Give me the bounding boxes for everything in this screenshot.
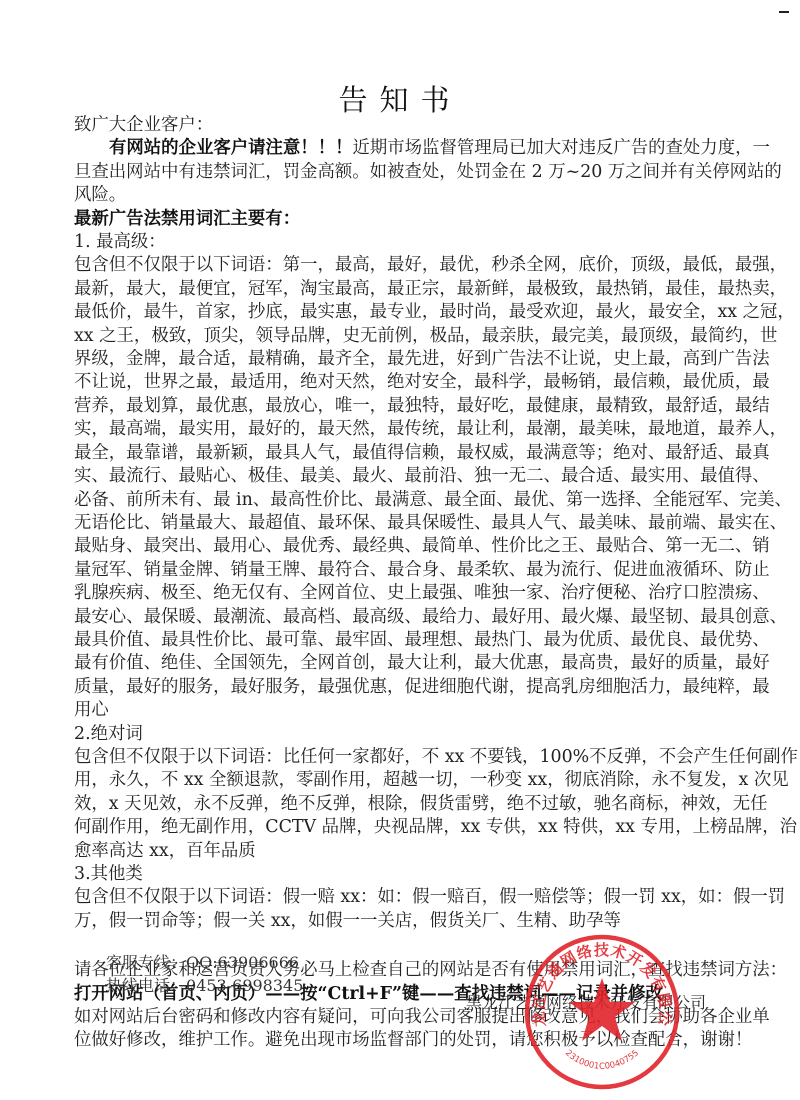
service-qq: QQ:63906666 <box>186 953 299 972</box>
service-contact: 客服专线：QQ:63906666 <box>106 951 299 974</box>
hotline-contact: 热线电话：0453-6998345 <box>106 974 303 997</box>
section-1-line: 必备、前所未有、最 in、最高性价比、最满意、最全面、最优、第一选择、全能冠军、… <box>74 489 726 512</box>
intro-emphasis: 有网站的企业客户请注意！！！ <box>109 138 352 158</box>
section-1-heading: 1. 最高级： <box>74 231 726 254</box>
intro-line-2: 旦查出网站中有违禁词汇，罚金高额。如被查处，处罚金在 2 万~20 万之间并有关… <box>74 161 726 184</box>
hotline-number: 0453-6998345 <box>186 976 303 995</box>
section-1-line: 实，最高端，最实用，最好的，最天然，最传统，最让利，最潮，最美味，最地道，最养人… <box>74 418 726 441</box>
intro-line-1: 有网站的企业客户请注意！！！近期市场监督管理局已加大对违反广告的查处力度，一 <box>74 137 726 160</box>
section-1-line: 营养，最划算，最优惠，最放心，唯一，最独特，最好吃，最健康，最精致，最舒适，最结 <box>74 395 726 418</box>
service-label: 客服专线： <box>106 953 186 972</box>
section-2-heading: 2.绝对词 <box>74 723 726 746</box>
section-1-line: 最有价值、绝佳、全国领先，全网首创，最大让利，最大优惠，最高贵，最好的质量，最好 <box>74 652 726 675</box>
salutation: 致广大企业客户： <box>74 114 726 137</box>
scan-mark <box>779 11 789 13</box>
intro-line-3: 风险。 <box>74 184 726 207</box>
section-1-line: 最新，最大，最便宜，冠军，淘宝最高，最正宗，最新鲜，最极致，最热销，最佳，最热卖… <box>74 278 726 301</box>
section-1-line: 实、最流行、最贴心、极佳、最美、最火、最前沿、独一无二、最合适、最实用、最值得、 <box>74 465 726 488</box>
section-1-line: 最贴身、最突出、最用心、最优秀、最经典、最简单、性价比之王、最贴合、第一无二、销 <box>74 535 726 558</box>
company-seal-icon: 黑龙江艺通网络技术开发有限公司 2310001C0040755 <box>522 932 682 1092</box>
notice-document: 告知书 致广大企业客户： 有网站的企业客户请注意！！！近期市场监督管理局已加大对… <box>0 0 800 1100</box>
section-1-line: 乳腺疾病、极至、绝无仅有、全网首位、史上最强、唯独一家、治疗便秘、治疗口腔溃疡、 <box>74 582 726 605</box>
section-1-line: 最全，最靠谱，最新颖，最具人气，最值得信赖，最权威，最满意等；绝对、最舒适、最真 <box>74 442 726 465</box>
section-1-line: 最低价，最牛，首家，抄底，最实惠，最专业，最时尚，最受欢迎，最火，最安全，xx … <box>74 301 726 324</box>
section-1-line: 最具价值、最具性价比、最可靠、最牢固、最理想、最热门、最为优质、最优良、最优势、 <box>74 629 726 652</box>
section-1-line: 无语伦比、销量最大、最超值、最环保、最具保暖性、最具人气、最美味、最前端、最实在… <box>74 512 726 535</box>
section-1-line: 质量，最好的服务，最好服务，最强优惠，促进细胞代谢，提高乳房细胞活力，最纯粹，最 <box>74 676 726 699</box>
document-title: 告知书 <box>0 78 800 119</box>
section-2-line: 何副作用，绝无副作用，CCTV 品牌，央视品牌，xx 专供，xx 特供，xx 专… <box>74 816 726 839</box>
section-2-line: 效，x 天见效，永不反弹，绝不反弹，根除，假货雷劈，绝不过敏，驰名商标，神效，无… <box>74 793 726 816</box>
section-1-line: 不让说，世界之最，最适用，绝对天然，绝对安全，最科学，最畅销，最信赖，最优质，最 <box>74 371 726 394</box>
section-2-line: 用，永久，不 xx 全额退款，零副作用，超越一切，一秒变 xx，彻底消除，永不复… <box>74 769 726 792</box>
section-1-line: 包含但不仅限于以下词语：第一，最高，最好，最优，秒杀全网，底价，顶级，最低，最强… <box>74 254 726 277</box>
section-1-line: 最安心、最保暖、最潮流、最高档、最高级、最给力、最好用、最火爆、最坚韧、最具创意… <box>74 606 726 629</box>
section-1-line: 界级，金牌，最合适，最精确，最齐全，最先进，好到广告法不让说，史上最，高到广告法 <box>74 348 726 371</box>
section-2-line: 包含但不仅限于以下词语：比任何一家都好，不 xx 不要钱，100%不反弹，不会产… <box>74 746 726 769</box>
section-3-line: 万，假一罚命等；假一关 xx，如假一一关店，假货关厂、生精、助孕等 <box>74 910 726 933</box>
document-body: 致广大企业客户： 有网站的企业客户请注意！！！近期市场监督管理局已加大对违反广告… <box>74 114 726 1053</box>
hotline-label: 热线电话： <box>106 976 186 995</box>
section-1-line: 用心 <box>74 699 726 722</box>
section-2-line: 愈率高达 xx，百年品质 <box>74 840 726 863</box>
section-1-line: 量冠军、销量金牌、销量王牌、最符合、最合身、最柔软、最为流行、促进血液循环、防止 <box>74 559 726 582</box>
section-3-line: 包含但不仅限于以下词语：假一赔 xx：如：假一赔百，假一赔偿等；假一罚 xx，如… <box>74 886 726 909</box>
section-1-line: xx 之王，极致，顶尖，领导品牌，史无前例，极品，最亲肤，最完美，最顶级，最简约… <box>74 325 726 348</box>
section-3-heading: 3.其他类 <box>74 863 726 886</box>
list-heading: 最新广告法禁用词汇主要有： <box>74 208 726 231</box>
svg-text:2310001C0040755: 2310001C0040755 <box>563 1048 641 1072</box>
